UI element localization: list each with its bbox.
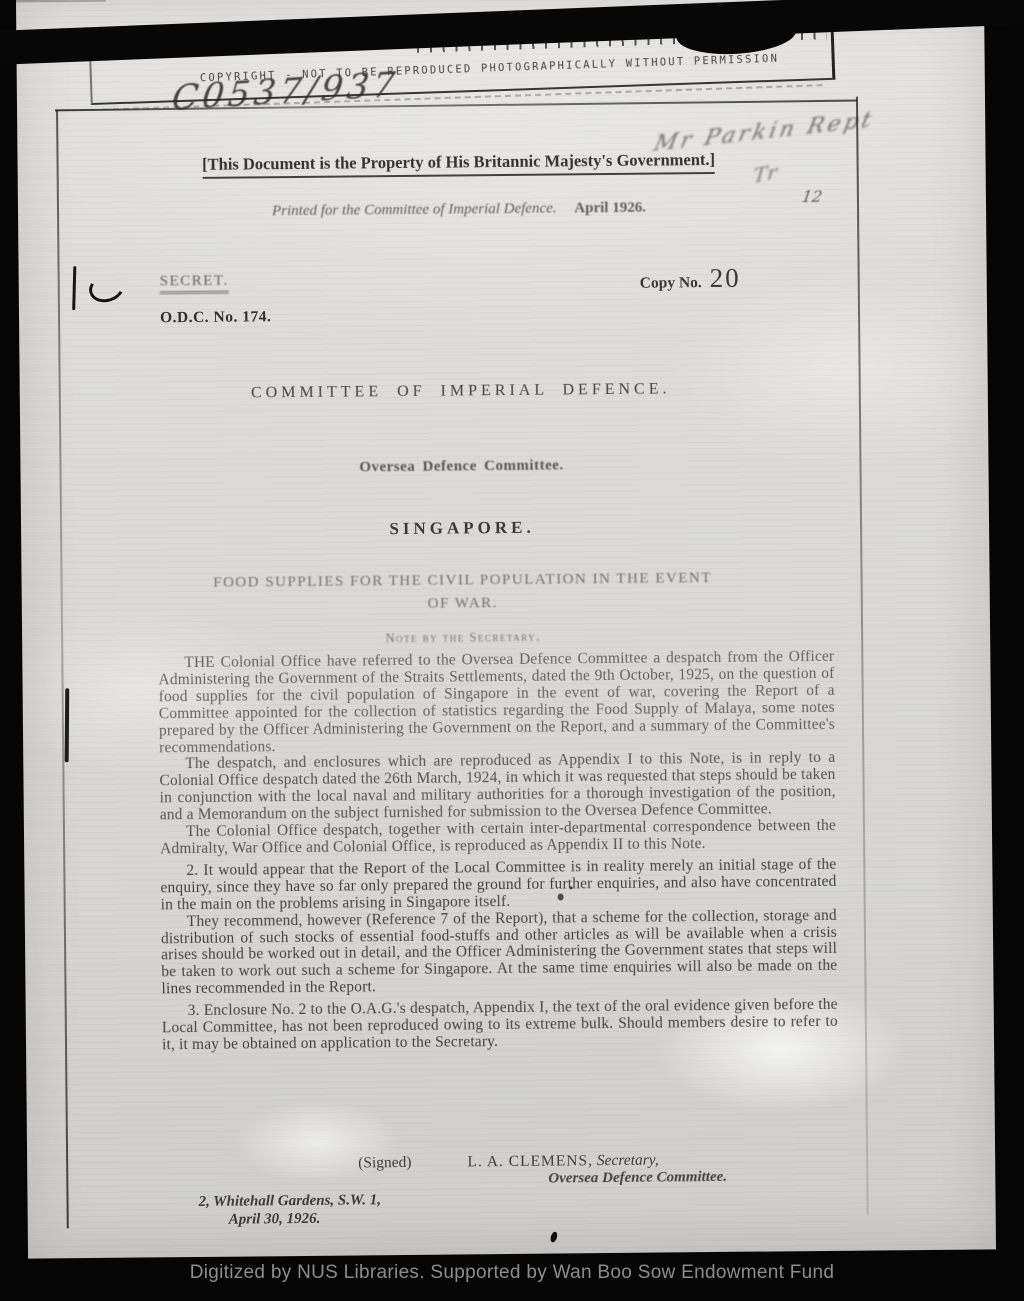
paragraph: The Colonial Office despatch, together w…	[160, 818, 836, 858]
document-title-line1: FOOD SUPPLIES FOR THE CIVIL POPULATION I…	[153, 569, 773, 592]
document-number: O.D.C. No. 174.	[160, 308, 271, 327]
paragraph: The despatch, and enclosures which are r…	[159, 750, 836, 824]
signatory-name: L. A. CLEMENS,	[467, 1152, 593, 1170]
pen-mark	[65, 688, 70, 762]
copy-number-value: 20	[710, 263, 741, 293]
ink-speck	[570, 886, 573, 889]
pen-mark	[72, 266, 76, 310]
signed-label: (Signed)	[358, 1154, 412, 1172]
ink-speck	[549, 1231, 558, 1243]
ink-speck	[558, 893, 564, 900]
handwritten-initials: Tr	[752, 160, 778, 188]
imprint-line: Printed for the Committee of Imperial De…	[149, 198, 769, 221]
page-border-right	[856, 97, 869, 1215]
imprint-date: April 1926.	[574, 200, 646, 217]
paragraph: They recommend, however (Reference 7 of …	[161, 907, 838, 998]
paragraph: THE Colonial Office have referred to the…	[158, 649, 835, 757]
paragraph: 2. It would appear that the Report of th…	[160, 857, 836, 914]
document-title-line2: OF WAR.	[153, 592, 773, 615]
classification-text: SECRET.	[160, 273, 229, 295]
organisation-title: COMMITTEE OF IMPERIAL DEFENCE.	[151, 379, 771, 403]
body-text: THE Colonial Office have referred to the…	[158, 649, 838, 1054]
copy-number-label: Copy No.	[640, 274, 702, 292]
signatory-organisation: Oversea Defence Committee.	[548, 1169, 727, 1188]
page-border-left	[56, 110, 69, 1228]
copy-number: Copy No. 20	[640, 263, 741, 295]
paragraph: 3. Enclosure No. 2 to the O.A.G.'s despa…	[162, 997, 838, 1054]
subject-place: SINGAPORE.	[152, 515, 772, 541]
signatory-title: Secretary,	[597, 1152, 659, 1170]
handwritten-page-number: 12	[800, 187, 824, 206]
imprint-text: Printed for the Committee of Imperial De…	[272, 200, 557, 219]
divider-rule	[16, 0, 106, 3]
digitization-credit: Digitized by NUS Libraries. Supported by…	[0, 1262, 1024, 1284]
property-line-text: [This Document is the Property of His Br…	[202, 150, 715, 179]
note-by-line: Note by the Secretary.	[153, 627, 773, 648]
paper-sheet: AGH 40505 1 2 COPYRIGHT - NOT TO BE REPR…	[16, 0, 996, 1259]
committee-name: Oversea Defence Committee.	[151, 455, 771, 478]
address-line: 2, Whitehall Gardens, S.W. 1,	[198, 1192, 381, 1211]
date-line: April 30, 1926.	[229, 1211, 321, 1229]
classification-label: SECRET.	[160, 272, 229, 295]
pen-mark	[85, 269, 128, 307]
